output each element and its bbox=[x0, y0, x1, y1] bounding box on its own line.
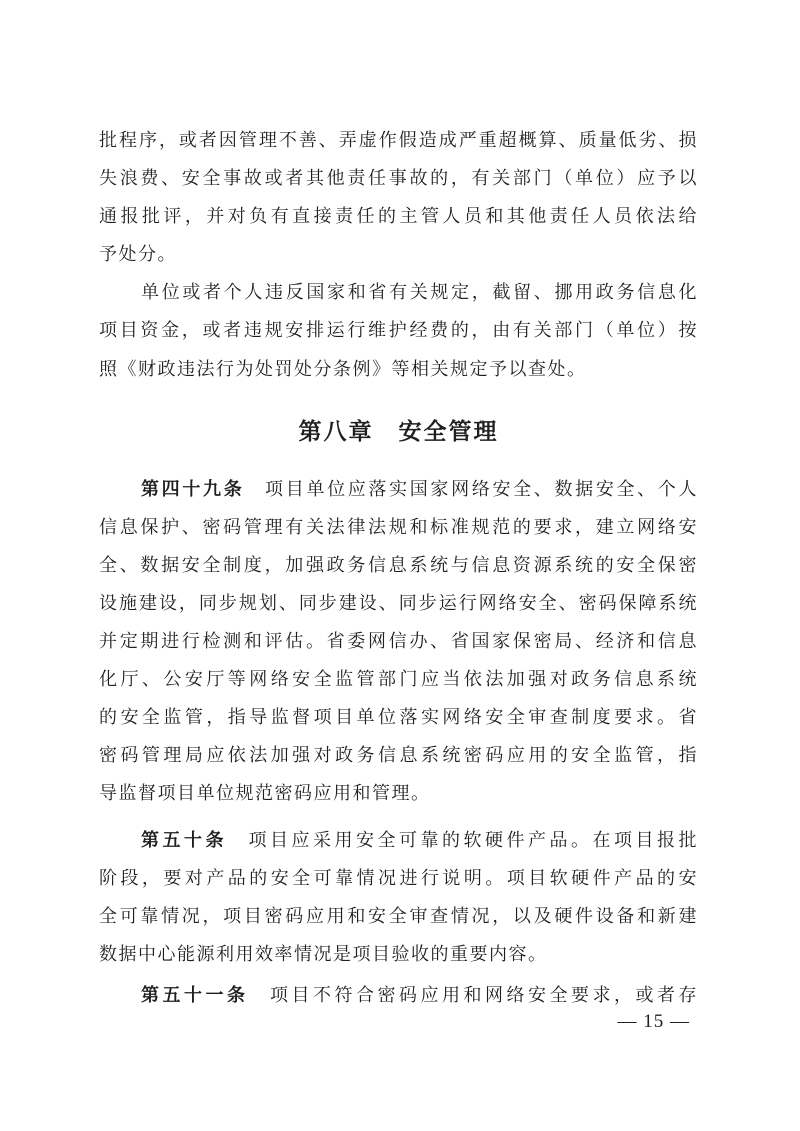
text-line: 予处分。 bbox=[99, 235, 698, 273]
text-line: 化厅、公安厅等网络安全监管部门应当依法加强对政务信息系统 bbox=[99, 660, 698, 698]
article-number: 第五十一条 bbox=[141, 985, 249, 1005]
article-number: 第四十九条 bbox=[141, 479, 244, 499]
article-text: 项目应采用安全可靠的软硬件产品。在项目报批 bbox=[227, 830, 698, 850]
paragraph-article-50: 第五十条 项目应采用安全可靠的软硬件产品。在项目报批 阶段，要对产品的安全可靠情… bbox=[99, 821, 698, 973]
paragraph-continuation: 批程序，或者因管理不善、弄虚作假造成严重超概算、质量低劣、损 失浪费、安全事故或… bbox=[99, 121, 698, 273]
paragraph-funds-violation: 单位或者个人违反国家和省有关规定，截留、挪用政务信息化 项目资金，或者违规安排运… bbox=[99, 273, 698, 387]
text-line: 第五十一条 项目不符合密码应用和网络安全要求，或者存 bbox=[99, 976, 698, 1014]
text-line: 项目资金，或者违规安排运行维护经费的，由有关部门（单位）按 bbox=[99, 311, 698, 349]
text-line: 单位或者个人违反国家和省有关规定，截留、挪用政务信息化 bbox=[99, 273, 698, 311]
page-number: — 15 — bbox=[618, 1007, 691, 1037]
text-line: 设施建设，同步规划、同步建设、同步运行网络安全、密码保障系统 bbox=[99, 584, 698, 622]
chapter-heading: 第八章 安全管理 bbox=[99, 412, 698, 450]
text-column: 批程序，或者因管理不善、弄虚作假造成严重超概算、质量低劣、损 失浪费、安全事故或… bbox=[99, 121, 698, 1014]
text-line: 导监督项目单位规范密码应用和管理。 bbox=[99, 774, 698, 812]
article-number: 第五十条 bbox=[141, 830, 227, 850]
article-text: 项目单位应落实国家网络安全、数据安全、个人 bbox=[244, 479, 698, 499]
text-line: 并定期进行检测和评估。省委网信办、省国家保密局、经济和信息 bbox=[99, 622, 698, 660]
text-line: 的安全监管，指导监督项目单位落实网络安全审查制度要求。省 bbox=[99, 698, 698, 736]
text-line: 密码管理局应依法加强对政务信息系统密码应用的安全监管，指 bbox=[99, 736, 698, 774]
paragraph-article-51: 第五十一条 项目不符合密码应用和网络安全要求，或者存 bbox=[99, 976, 698, 1014]
text-line: 信息保护、密码管理有关法律法规和标准规范的要求，建立网络安 bbox=[99, 508, 698, 546]
text-line: 照《财政违法行为处罚处分条例》等相关规定予以查处。 bbox=[99, 350, 698, 388]
text-line: 全、数据安全制度，加强政务信息系统与信息资源系统的安全保密 bbox=[99, 546, 698, 584]
paragraph-article-49: 第四十九条 项目单位应落实国家网络安全、数据安全、个人 信息保护、密码管理有关法… bbox=[99, 470, 698, 813]
text-line: 通报批评，并对负有直接责任的主管人员和其他责任人员依法给 bbox=[99, 197, 698, 235]
document-page: 批程序，或者因管理不善、弄虚作假造成严重超概算、质量低劣、损 失浪费、安全事故或… bbox=[0, 0, 800, 1131]
text-line: 失浪费、安全事故或者其他责任事故的，有关部门（单位）应予以 bbox=[99, 159, 698, 197]
article-text: 项目不符合密码应用和网络安全要求，或者存 bbox=[249, 985, 699, 1005]
text-line: 批程序，或者因管理不善、弄虚作假造成严重超概算、质量低劣、损 bbox=[99, 121, 698, 159]
text-line: 第五十条 项目应采用安全可靠的软硬件产品。在项目报批 bbox=[99, 821, 698, 859]
text-line: 数据中心能源利用效率情况是项目验收的重要内容。 bbox=[99, 935, 698, 973]
text-line: 全可靠情况，项目密码应用和安全审查情况，以及硬件设备和新建 bbox=[99, 897, 698, 935]
text-line: 第四十九条 项目单位应落实国家网络安全、数据安全、个人 bbox=[99, 470, 698, 508]
text-line: 阶段，要对产品的安全可靠情况进行说明。项目软硬件产品的安 bbox=[99, 859, 698, 897]
